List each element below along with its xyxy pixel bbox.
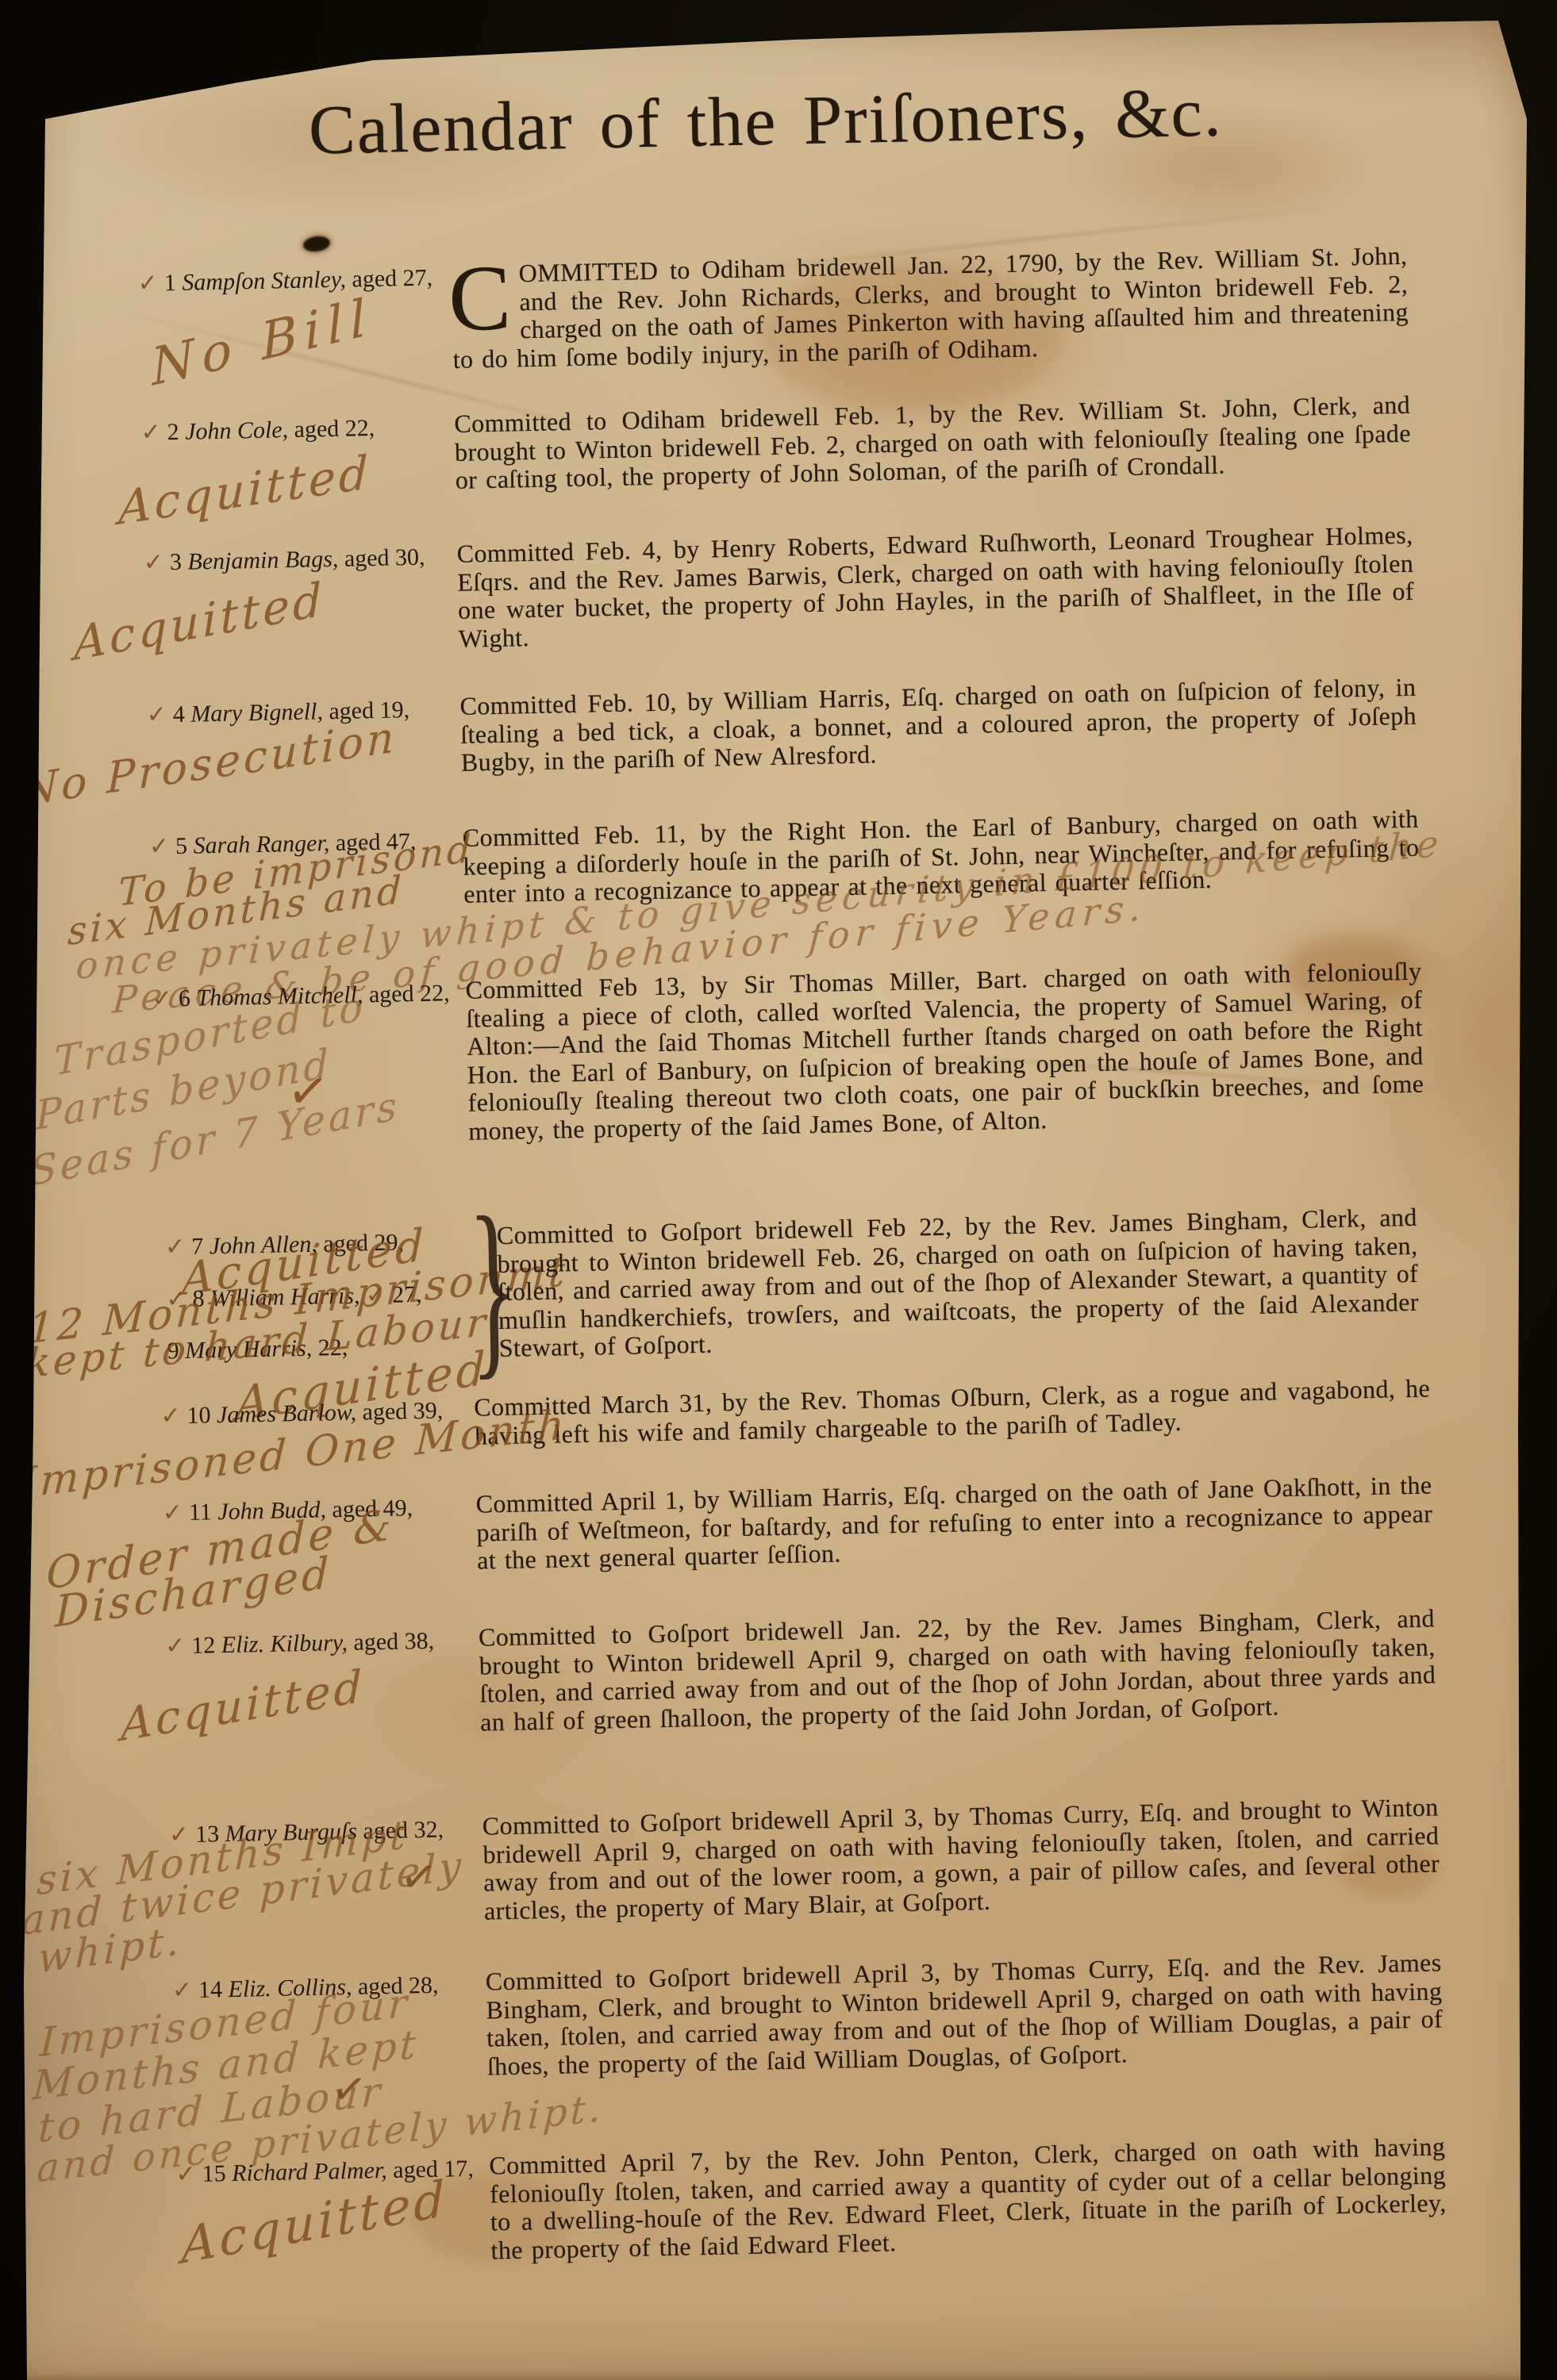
page-title: Calendar of the Priſoners, &c. [233, 71, 1298, 173]
parchment-sheet: Calendar of the Priſoners, &c. No Bill ✓… [0, 0, 1557, 2380]
entry-5: To be imprisond six Months and once priv… [149, 805, 1421, 916]
entry-number: 12 [191, 1632, 216, 1659]
checkmark-icon: ✓ [149, 832, 170, 860]
checkmark-icon: ✓ [165, 1632, 186, 1660]
entry-14: Imprisoned four Months and kept to hard … [172, 1948, 1444, 2086]
entry-number: 1 [164, 270, 177, 296]
entry-number: 4 [172, 701, 185, 727]
prisoner-name: James Barlow, [217, 1399, 357, 1429]
checkmark-icon: ✓ [329, 2063, 370, 2117]
entry-6-body: Committed Feb 13, by Sir Thomas Miller, … [465, 958, 1424, 1146]
prisoner-name: Eliz. Kilbury, [221, 1630, 348, 1658]
entry-number: 2 [167, 419, 179, 445]
prisoner-name: Sampſon Stanley, [182, 267, 346, 296]
entry-number: 14 [198, 1976, 223, 2003]
entry-1-body: COMMITTED to Odiham bridewell Jan. 22, 1… [451, 242, 1409, 374]
entry-13: six Months Impt and twice privately whip… [169, 1793, 1441, 1931]
prisoner-name: John Cole, [185, 416, 289, 445]
checkmark-icon: ✓ [146, 701, 167, 728]
entry-14-body: Committed to Goſport bridewell April 3, … [485, 1948, 1444, 2080]
entry-11-body: Committed April 1, by William Harris, Eſ… [475, 1471, 1433, 1575]
checkmark-icon: ✓ [169, 1821, 190, 1848]
entry-12-body: Committed to Goſport bridewell Jan. 22, … [479, 1604, 1437, 1736]
prisoner-age: aged 38, [353, 1628, 434, 1656]
entry-4: No Prosecution ✓4 Mary Bignell, aged 19,… [146, 674, 1417, 784]
entry-number: 10 [186, 1402, 211, 1429]
checkmark-icon: ✓ [152, 985, 172, 1012]
entry-number: 15 [202, 2160, 226, 2187]
prisoner-name: Mary Bignell, [190, 698, 323, 727]
entry-3-body: Committed Feb. 4, by Henry Roberts, Edwa… [456, 521, 1415, 653]
entry-15-body: Committed April 7, by the Rev. John Pent… [489, 2132, 1447, 2264]
prisoner-name: Richard Palmer, [232, 2157, 387, 2186]
entry-number: 5 [175, 833, 188, 859]
entry-group-7-8-9: ✓7 John Allen, aged 29, Acquitted ✓8 Wil… [156, 1195, 1445, 1403]
drop-cap: C [448, 259, 520, 334]
entry-7-9-body: Committed to Goſport bridewell Feb 22, b… [497, 1203, 1420, 1363]
prisoner-age: aged 22, [294, 415, 375, 443]
entry-4-body: Committed Feb. 10, by William Harris, Eſ… [459, 674, 1417, 777]
checkmark-icon: ✓ [162, 1499, 183, 1526]
checkmark-icon: ✓ [172, 1976, 193, 2004]
checkmark-icon: ✓ [284, 1060, 332, 1123]
entry-number: 11 [189, 1499, 213, 1526]
printed-content: Calendar of the Priſoners, &c. No Bill ✓… [0, 0, 1557, 2380]
checkmark-icon: ✓ [160, 1402, 181, 1430]
prisoner-name: Benjamin Bags, [187, 546, 339, 575]
entry-11: Order made & Discharged ✓11 John Budd, a… [162, 1471, 1433, 1581]
entry-1: No Bill ✓1 Sampſon Stanley, aged 27, COM… [137, 242, 1409, 380]
entry-2: Acquitted ✓2 John Cole, aged 22, Committ… [140, 391, 1412, 501]
entry-number: 3 [170, 549, 183, 575]
checkmark-icon: ✓ [137, 269, 158, 297]
entry-6: Trasported to Parts beyond Seas for 7 Ye… [152, 958, 1424, 1152]
entry-2-body: Committed to Odiham bridewell Feb. 1, by… [454, 391, 1412, 495]
checkmark-icon: ✓ [397, 1850, 440, 1906]
entry-12: Acquitted ✓12 Eliz. Kilbury, aged 38, Co… [165, 1604, 1437, 1742]
checkmark-icon: ✓ [175, 2160, 196, 2188]
checkmark-icon: ✓ [143, 548, 163, 576]
checkmark-icon: ✓ [140, 418, 161, 446]
backdrop: { "document": { "title": "Calendar of th… [0, 0, 1557, 2380]
entry-13-body: Committed to Goſport bridewell April 3, … [482, 1793, 1441, 1925]
prisoner-age: aged 30, [344, 544, 425, 572]
entry-number: 6 [179, 985, 191, 1011]
prisoner-age: aged 22, [369, 980, 450, 1008]
entry-3: Acquitted ✓3 Benjamin Bags, aged 30, Com… [143, 521, 1415, 659]
